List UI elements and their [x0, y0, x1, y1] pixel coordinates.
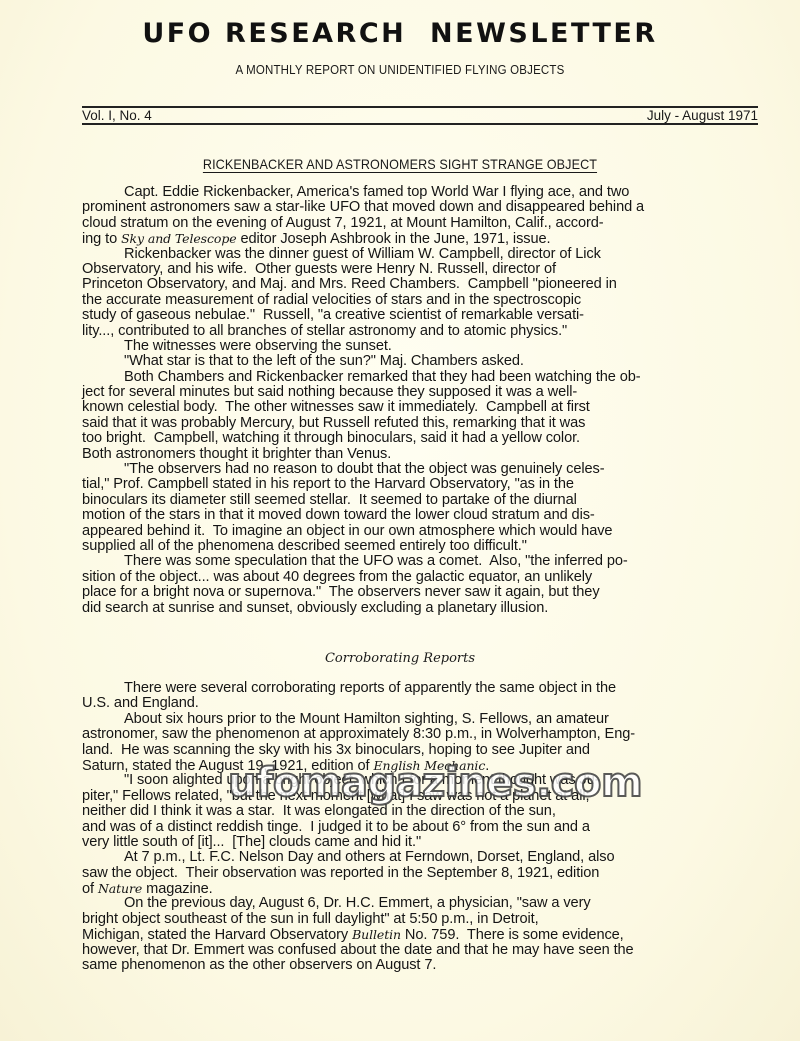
text-run: There was some speculation that the UFO …	[124, 553, 628, 569]
text-line: very little south of [it]... [The] cloud…	[82, 835, 762, 850]
text-run: Observatory, and his wife. Other guests …	[82, 261, 556, 277]
text-line: appeared behind it. To imagine an object…	[82, 524, 762, 539]
publication-title: English Mechanic	[373, 758, 485, 773]
text-run: place for a bright nova or supernova." T…	[82, 584, 600, 600]
text-run: supplied all of the phenomena described …	[82, 538, 527, 554]
text-line: study of gaseous nebulae." Russell, "a c…	[82, 308, 762, 323]
issue-volume: Vol. I, No. 4	[82, 108, 156, 123]
text-run: said that it was probably Mercury, but R…	[82, 415, 585, 431]
text-run: "What star is that to the left of the su…	[124, 353, 524, 369]
text-run: same phenomenon as the other observers o…	[82, 957, 436, 973]
text-line: Both astronomers thought it brighter tha…	[82, 447, 762, 462]
text-line: binoculars its diameter still seemed ste…	[82, 493, 762, 508]
text-run: did search at sunrise and sunset, obviou…	[82, 600, 548, 616]
text-run: very little south of [it]... [The] cloud…	[82, 834, 421, 850]
text-run: and was of a distinct reddish tinge. I j…	[82, 819, 590, 835]
text-line: Capt. Eddie Rickenbacker, America's fame…	[82, 185, 762, 200]
text-line: land. He was scanning the sky with his 3…	[82, 743, 762, 758]
text-line: the accurate measurement of radial veloc…	[82, 293, 762, 308]
text-line: "I soon alighted upon a bright object, w…	[82, 773, 762, 788]
text-run: Rickenbacker was the dinner guest of Wil…	[124, 246, 601, 262]
text-line: of Nature magazine.	[82, 881, 762, 896]
publication-title: Nature	[98, 881, 142, 896]
text-line: same phenomenon as the other observers o…	[82, 958, 762, 973]
text-run: On the previous day, August 6, Dr. H.C. …	[124, 895, 591, 911]
text-run: Both astronomers thought it brighter tha…	[82, 446, 391, 462]
publication-title: Sky and Telescope	[121, 231, 236, 246]
article-body-section-2: There were several corroborating reports…	[82, 681, 762, 973]
text-line: motion of the stars in that it moved dow…	[82, 508, 762, 523]
newsletter-page: UFO RESEARCH NEWSLETTER A MONTHLY REPORT…	[0, 0, 800, 1041]
text-run: tial," Prof. Campbell stated in his repo…	[82, 476, 574, 492]
issue-date: July - August 1971	[643, 108, 758, 123]
text-run: neither did I think it was a star. It wa…	[82, 803, 556, 819]
text-line: said that it was probably Mercury, but R…	[82, 416, 762, 431]
text-line: Both Chambers and Rickenbacker remarked …	[82, 370, 762, 385]
text-run: Princeton Observatory, and Maj. and Mrs.…	[82, 276, 617, 292]
text-run: "I soon alighted upon a bright object, w…	[124, 772, 600, 788]
text-run: cloud stratum on the evening of August 7…	[82, 215, 604, 231]
text-line: bright object southeast of the sun in fu…	[82, 912, 762, 927]
text-line: ject for several minutes but said nothin…	[82, 385, 762, 400]
text-run: ject for several minutes but said nothin…	[82, 384, 577, 400]
text-run: of	[82, 881, 98, 897]
text-run: too bright. Campbell, watching it throug…	[82, 430, 580, 446]
text-line: Observatory, and his wife. Other guests …	[82, 262, 762, 277]
text-run: appeared behind it. To imagine an object…	[82, 523, 612, 539]
text-line: sition of the object... was about 40 deg…	[82, 570, 762, 585]
text-line: Michigan, stated the Harvard Observatory…	[82, 927, 762, 942]
text-line: supplied all of the phenomena described …	[82, 539, 762, 554]
text-run: sition of the object... was about 40 deg…	[82, 569, 592, 585]
text-line: About six hours prior to the Mount Hamil…	[82, 712, 762, 727]
text-line: U.S. and England.	[82, 696, 762, 711]
text-run: land. He was scanning the sky with his 3…	[82, 742, 590, 758]
text-run: About six hours prior to the Mount Hamil…	[124, 711, 609, 727]
text-line: "What star is that to the left of the su…	[82, 354, 762, 369]
text-run: The witnesses were observing the sunset.	[124, 338, 392, 354]
text-run: prominent astronomers saw a star-like UF…	[82, 199, 644, 215]
text-line: There were several corroborating reports…	[82, 681, 762, 696]
article-body-section-1: Capt. Eddie Rickenbacker, America's fame…	[82, 185, 762, 616]
text-line: lity..., contributed to all branches of …	[82, 324, 762, 339]
text-line: ing to Sky and Telescope editor Joseph A…	[82, 231, 762, 246]
text-run: Both Chambers and Rickenbacker remarked …	[124, 369, 641, 385]
text-line: saw the object. Their observation was re…	[82, 866, 762, 881]
text-line: however, that Dr. Emmert was confused ab…	[82, 943, 762, 958]
text-run: the accurate measurement of radial veloc…	[82, 292, 581, 308]
text-line: piter," Fellows related, "but the next m…	[82, 789, 762, 804]
text-line: astronomer, saw the phenomenon at approx…	[82, 727, 762, 742]
text-run: bright object southeast of the sun in fu…	[82, 911, 539, 927]
text-run: known celestial body. The other witnesse…	[82, 399, 590, 415]
text-line: neither did I think it was a star. It wa…	[82, 804, 762, 819]
text-run: astronomer, saw the phenomenon at approx…	[82, 726, 635, 742]
text-line: prominent astronomers saw a star-like UF…	[82, 200, 762, 215]
text-line: did search at sunrise and sunset, obviou…	[82, 601, 762, 616]
text-line: On the previous day, August 6, Dr. H.C. …	[82, 896, 762, 911]
text-run: lity..., contributed to all branches of …	[82, 323, 567, 339]
text-line: The witnesses were observing the sunset.	[82, 339, 762, 354]
text-line: too bright. Campbell, watching it throug…	[82, 431, 762, 446]
section-subheading: Corroborating Reports	[0, 651, 800, 666]
publication-title: Bulletin	[352, 927, 401, 942]
issue-bar: Vol. I, No. 4 July - August 1971	[82, 106, 758, 125]
text-line: "The observers had no reason to doubt th…	[82, 462, 762, 477]
text-line: place for a bright nova or supernova." T…	[82, 585, 762, 600]
text-line: Saturn, stated the August 19, 1921, edit…	[82, 758, 762, 773]
text-line: At 7 p.m., Lt. F.C. Nelson Day and other…	[82, 850, 762, 865]
text-run: ing to	[82, 231, 121, 247]
text-run: U.S. and England.	[82, 695, 199, 711]
text-run: At 7 p.m., Lt. F.C. Nelson Day and other…	[124, 849, 614, 865]
article-title-text: RICKENBACKER AND ASTRONOMERS SIGHT STRAN…	[203, 156, 597, 172]
text-run: motion of the stars in that it moved dow…	[82, 507, 595, 523]
text-run: study of gaseous nebulae." Russell, "a c…	[82, 307, 584, 323]
text-line: and was of a distinct reddish tinge. I j…	[82, 820, 762, 835]
text-run: There were several corroborating reports…	[124, 680, 616, 696]
text-line: tial," Prof. Campbell stated in his repo…	[82, 477, 762, 492]
text-line: There was some speculation that the UFO …	[82, 554, 762, 569]
text-run: Capt. Eddie Rickenbacker, America's fame…	[124, 184, 629, 200]
article-title: RICKENBACKER AND ASTRONOMERS SIGHT STRAN…	[0, 156, 800, 172]
text-run: however, that Dr. Emmert was confused ab…	[82, 942, 634, 958]
masthead-subtitle: A MONTHLY REPORT ON UNIDENTIFIED FLYING …	[32, 63, 768, 77]
text-run: "The observers had no reason to doubt th…	[124, 461, 605, 477]
text-run: saw the object. Their observation was re…	[82, 865, 599, 881]
text-run: piter," Fellows related, "but the next m…	[82, 788, 589, 804]
text-line: Princeton Observatory, and Maj. and Mrs.…	[82, 277, 762, 292]
text-line: Rickenbacker was the dinner guest of Wil…	[82, 247, 762, 262]
masthead-title: UFO RESEARCH NEWSLETTER	[0, 18, 800, 49]
text-line: known celestial body. The other witnesse…	[82, 400, 762, 415]
text-line: cloud stratum on the evening of August 7…	[82, 216, 762, 231]
text-run: binoculars its diameter still seemed ste…	[82, 492, 577, 508]
